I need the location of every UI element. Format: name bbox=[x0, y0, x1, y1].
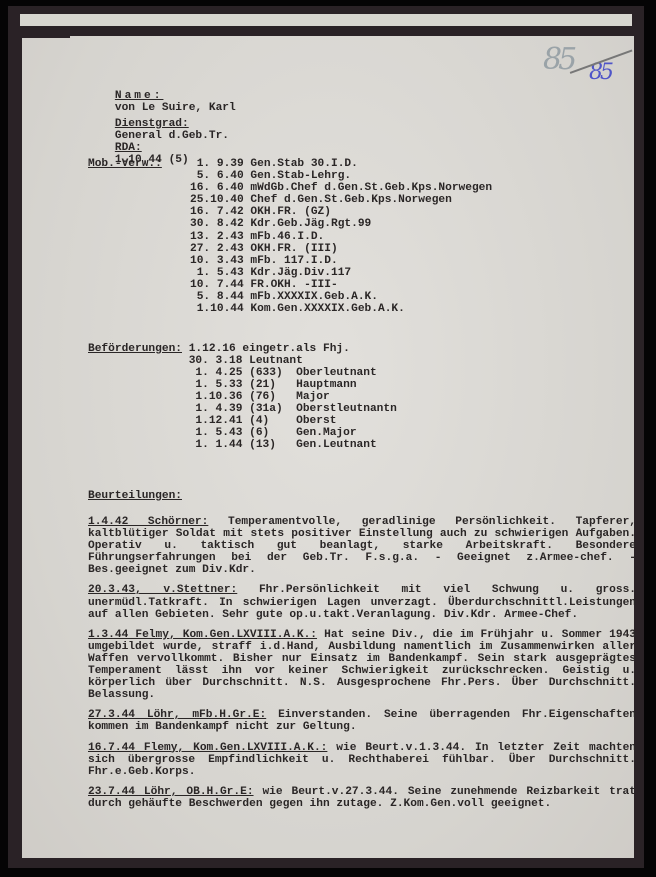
promotion-entry: 1. 1.44 (13) Gen.Leutnant bbox=[88, 439, 397, 451]
assessment-author: 27.3.44 Löhr, mFb.H.Gr.E: bbox=[88, 709, 266, 721]
mob-verw-entry: 13. 2.43 mFb.46.I.D. bbox=[190, 231, 492, 243]
mob-verw-entry: 27. 2.43 OKH.FR. (III) bbox=[190, 243, 492, 255]
promotion-entry: 1. 4.39 (31a) Oberstleutnantn bbox=[88, 403, 397, 415]
film-strip bbox=[20, 14, 632, 26]
assessments-section: Beurteilungen: 1.4.42 Schörner: Temperam… bbox=[88, 490, 636, 818]
assessment-entry: 1.4.42 Schörner: Temperamentvolle, gerad… bbox=[88, 516, 636, 576]
mob-verw-list: 1. 9.39 Gen.Stab 30.I.D. 5. 6.40 Gen.Sta… bbox=[190, 158, 492, 315]
assessment-entry: 27.3.44 Löhr, mFb.H.Gr.E: Einverstanden.… bbox=[88, 709, 636, 733]
mob-verw-entry: 16. 7.42 OKH.FR. (GZ) bbox=[190, 206, 492, 218]
assessments-label: Beurteilungen: bbox=[88, 490, 636, 502]
assessment-author: 16.7.44 Flemy, Kom.Gen.LXVIII.A.K.: bbox=[88, 742, 327, 754]
mob-verw-entry: 1.10.44 Kom.Gen.XXXXIX.Geb.A.K. bbox=[190, 303, 492, 315]
mob-verw-entry: 5. 6.40 Gen.Stab-Lehrg. bbox=[190, 170, 492, 182]
mob-verw-entry: 1. 9.39 Gen.Stab 30.I.D. bbox=[190, 158, 492, 170]
rda-line: RDA: 1.10.44 (5) bbox=[88, 130, 189, 178]
promotion-entry: 30. 3.18 Leutnant bbox=[88, 355, 397, 367]
mob-verw-entry: 10. 3.43 mFb. 117.I.D. bbox=[190, 255, 492, 267]
mob-verw-entry: 5. 8.44 mFb.XXXXIX.Geb.A.K. bbox=[190, 291, 492, 303]
promotion-entry: 1.10.36 (76) Major bbox=[88, 391, 397, 403]
page-notch bbox=[22, 28, 70, 38]
promotions-list: Beförderungen: 1.12.16 eingetr.als Fhj. … bbox=[88, 343, 397, 451]
assessment-entry: 1.3.44 Felmy, Kom.Gen.LXVIII.A.K.: Hat s… bbox=[88, 629, 636, 702]
rda-label: RDA: bbox=[115, 142, 142, 154]
assessment-author: 1.4.42 Schörner: bbox=[88, 516, 208, 528]
promotion-entry: 1. 4.25 (633) Oberleutnant bbox=[88, 367, 397, 379]
mob-verw-entry: 16. 6.40 mWdGb.Chef d.Gen.St.Geb.Kps.Nor… bbox=[190, 182, 492, 194]
assessment-entry: 16.7.44 Flemy, Kom.Gen.LXVIII.A.K.: wie … bbox=[88, 742, 636, 778]
name-label: Name: bbox=[115, 90, 164, 102]
assessment-author: 23.7.44 Löhr, OB.H.Gr.E: bbox=[88, 786, 254, 798]
mob-verw-entry: 30. 8.42 Kdr.Geb.Jäg.Rgt.99 bbox=[190, 218, 492, 230]
promotions-label: Beförderungen: bbox=[88, 343, 182, 355]
promotion-entry: 1. 5.43 (6) Gen.Major bbox=[88, 427, 397, 439]
promotion-entry: Beförderungen: 1.12.16 eingetr.als Fhj. bbox=[88, 343, 397, 355]
rank-label: Dienstgrad: bbox=[115, 118, 189, 130]
assessment-entry: 23.7.44 Löhr, OB.H.Gr.E: wie Beurt.v.27.… bbox=[88, 786, 636, 810]
mob-verw-label: Mob.-Verw.: bbox=[88, 158, 162, 170]
mob-verw-entry: 10. 7.44 FR.OKH. -III- bbox=[190, 279, 492, 291]
assessments-list: 1.4.42 Schörner: Temperamentvolle, gerad… bbox=[88, 516, 636, 810]
assessment-author: 1.3.44 Felmy, Kom.Gen.LXVIII.A.K.: bbox=[88, 629, 317, 641]
promotion-entry: 1. 5.33 (21) Hauptmann bbox=[88, 379, 397, 391]
assessment-entry: 20.3.43, v.Stettner: Fhr.Persönlichkeit … bbox=[88, 584, 636, 620]
promotion-entry: 1.12.41 (4) Oberst bbox=[88, 415, 397, 427]
mob-verw-entry: 25.10.40 Chef d.Gen.St.Geb.Kps.Norwegen bbox=[190, 194, 492, 206]
assessment-author: 20.3.43, v.Stettner: bbox=[88, 584, 237, 596]
mob-verw-entry: 1. 5.43 Kdr.Jäg.Div.117 bbox=[190, 267, 492, 279]
